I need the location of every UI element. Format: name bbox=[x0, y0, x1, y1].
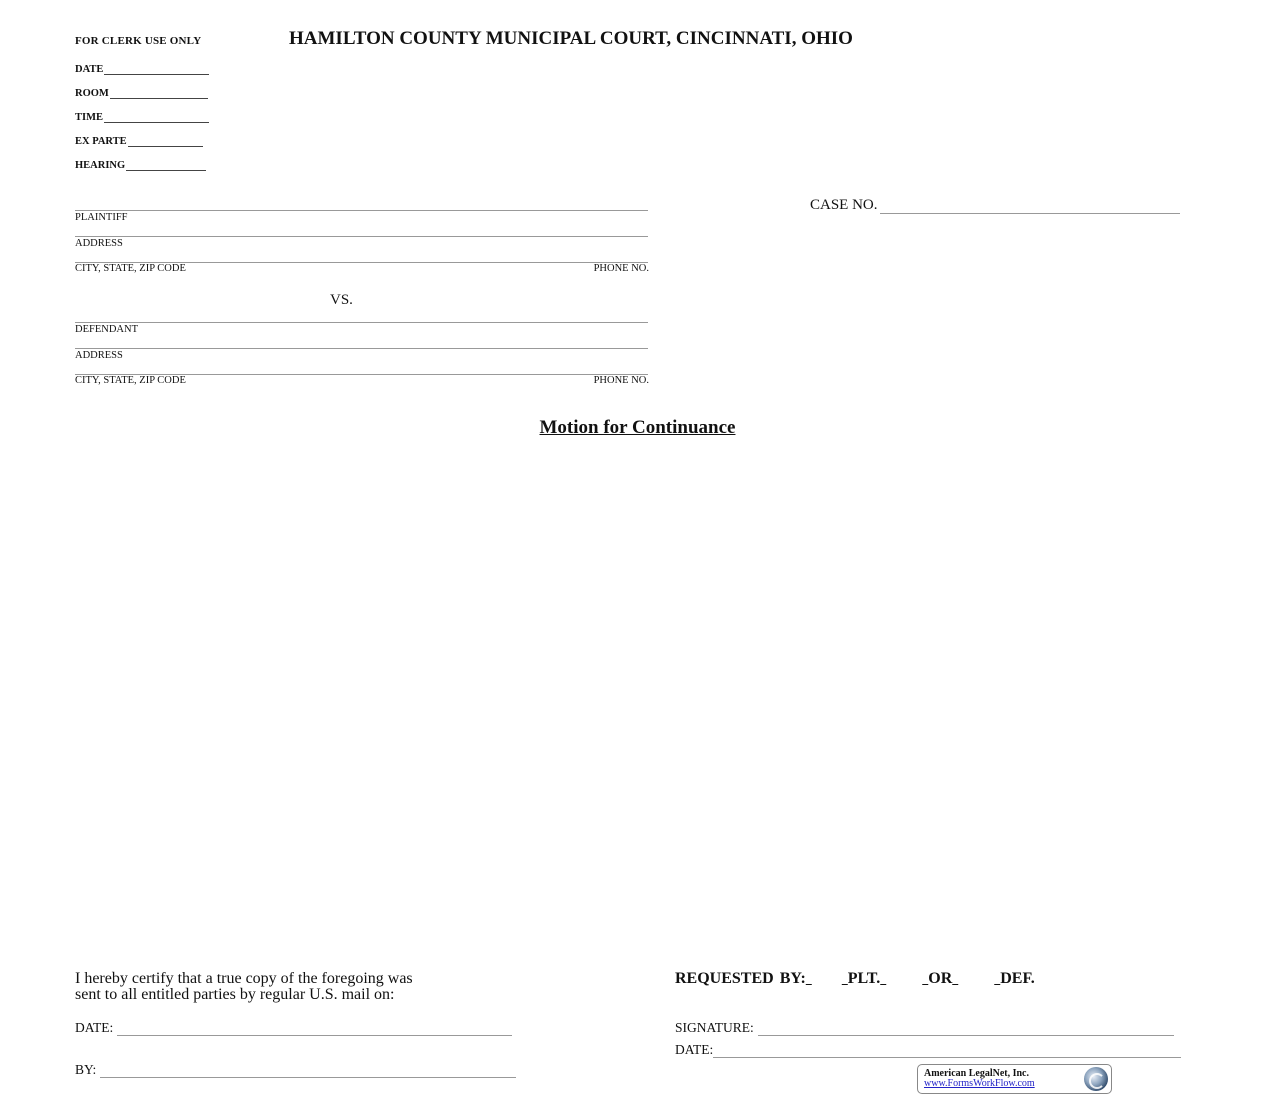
certification-date-field[interactable]: DATE: bbox=[75, 1020, 512, 1036]
case-number-label: CASE NO. bbox=[810, 197, 878, 214]
signature-label: SIGNATURE: bbox=[675, 1020, 754, 1036]
certification-text: I hereby certify that a true copy of the… bbox=[75, 971, 545, 1003]
globe-icon bbox=[1084, 1067, 1108, 1091]
clerk-use-title: FOR CLERK USE ONLY bbox=[75, 35, 201, 47]
clerk-date-input[interactable] bbox=[104, 65, 209, 75]
certification-by-input[interactable] bbox=[100, 1066, 516, 1078]
clerk-room-label: ROOM bbox=[75, 88, 109, 99]
plaintiff-phone-label: PHONE NO. bbox=[594, 263, 649, 274]
clerk-hearing-label: HEARING bbox=[75, 160, 125, 171]
clerk-date-label: DATE bbox=[75, 64, 103, 75]
motion-title: Motion for Continuance bbox=[0, 417, 1275, 439]
certification-date-input[interactable] bbox=[117, 1024, 512, 1036]
clerk-room-field[interactable]: ROOM bbox=[75, 88, 208, 99]
clerk-ex-parte-field[interactable]: EX PARTE bbox=[75, 136, 203, 147]
clerk-time-label: TIME bbox=[75, 112, 103, 123]
certification-by-field[interactable]: BY: bbox=[75, 1062, 516, 1078]
certification-by-label: BY: bbox=[75, 1062, 96, 1078]
versus-label: VS. bbox=[330, 292, 353, 309]
requested-plt-option[interactable]: PLT. bbox=[848, 970, 880, 988]
requested-def-option[interactable]: DEF. bbox=[1000, 970, 1035, 988]
clerk-date-field[interactable]: DATE bbox=[75, 64, 209, 75]
plaintiff-label: PLAINTIFF bbox=[75, 212, 128, 223]
defendant-city-label: CITY, STATE, ZIP CODE bbox=[75, 375, 186, 386]
requested-date-field[interactable]: DATE: bbox=[675, 1042, 1181, 1058]
requested-date-input[interactable] bbox=[713, 1046, 1181, 1058]
defendant-phone-label: PHONE NO. bbox=[594, 375, 649, 386]
case-number-input[interactable] bbox=[880, 201, 1180, 214]
signature-input[interactable] bbox=[758, 1024, 1174, 1036]
clerk-time-field[interactable]: TIME bbox=[75, 112, 209, 123]
requested-or-label: OR bbox=[928, 970, 952, 988]
motion-body-area[interactable] bbox=[75, 450, 1195, 950]
clerk-room-input[interactable] bbox=[110, 89, 208, 99]
clerk-ex-parte-input[interactable] bbox=[128, 137, 203, 147]
clerk-time-input[interactable] bbox=[104, 113, 209, 123]
plaintiff-city-label: CITY, STATE, ZIP CODE bbox=[75, 263, 186, 274]
defendant-address-line[interactable] bbox=[75, 348, 648, 349]
clerk-hearing-input[interactable] bbox=[126, 161, 206, 171]
logo-url-link[interactable]: www.FormsWorkFlow.com bbox=[924, 1078, 1035, 1089]
defendant-name-line[interactable] bbox=[75, 322, 648, 323]
defendant-label: DEFENDANT bbox=[75, 324, 138, 335]
clerk-hearing-field[interactable]: HEARING bbox=[75, 160, 206, 171]
requested-by-label: REQUESTED BY: bbox=[675, 970, 806, 988]
american-legalnet-logo[interactable]: American LegalNet, Inc. www.FormsWorkFlo… bbox=[917, 1064, 1112, 1094]
plaintiff-name-line[interactable] bbox=[75, 210, 648, 211]
signature-field[interactable]: SIGNATURE: bbox=[675, 1020, 1174, 1036]
case-number-field[interactable]: CASE NO. bbox=[810, 197, 1180, 214]
court-title: HAMILTON COUNTY MUNICIPAL COURT, CINCINN… bbox=[289, 28, 853, 50]
requested-date-label: DATE: bbox=[675, 1042, 713, 1058]
defendant-address-label: ADDRESS bbox=[75, 350, 123, 361]
certification-date-label: DATE: bbox=[75, 1020, 113, 1036]
plaintiff-address-label: ADDRESS bbox=[75, 238, 123, 249]
certification-line-1: I hereby certify that a true copy of the… bbox=[75, 971, 545, 987]
clerk-ex-parte-label: EX PARTE bbox=[75, 136, 127, 147]
requested-by-row: REQUESTED BY: PLT. OR DEF. bbox=[675, 970, 1035, 988]
certification-line-2: sent to all entitled parties by regular … bbox=[75, 987, 545, 1003]
plaintiff-address-line[interactable] bbox=[75, 236, 648, 237]
